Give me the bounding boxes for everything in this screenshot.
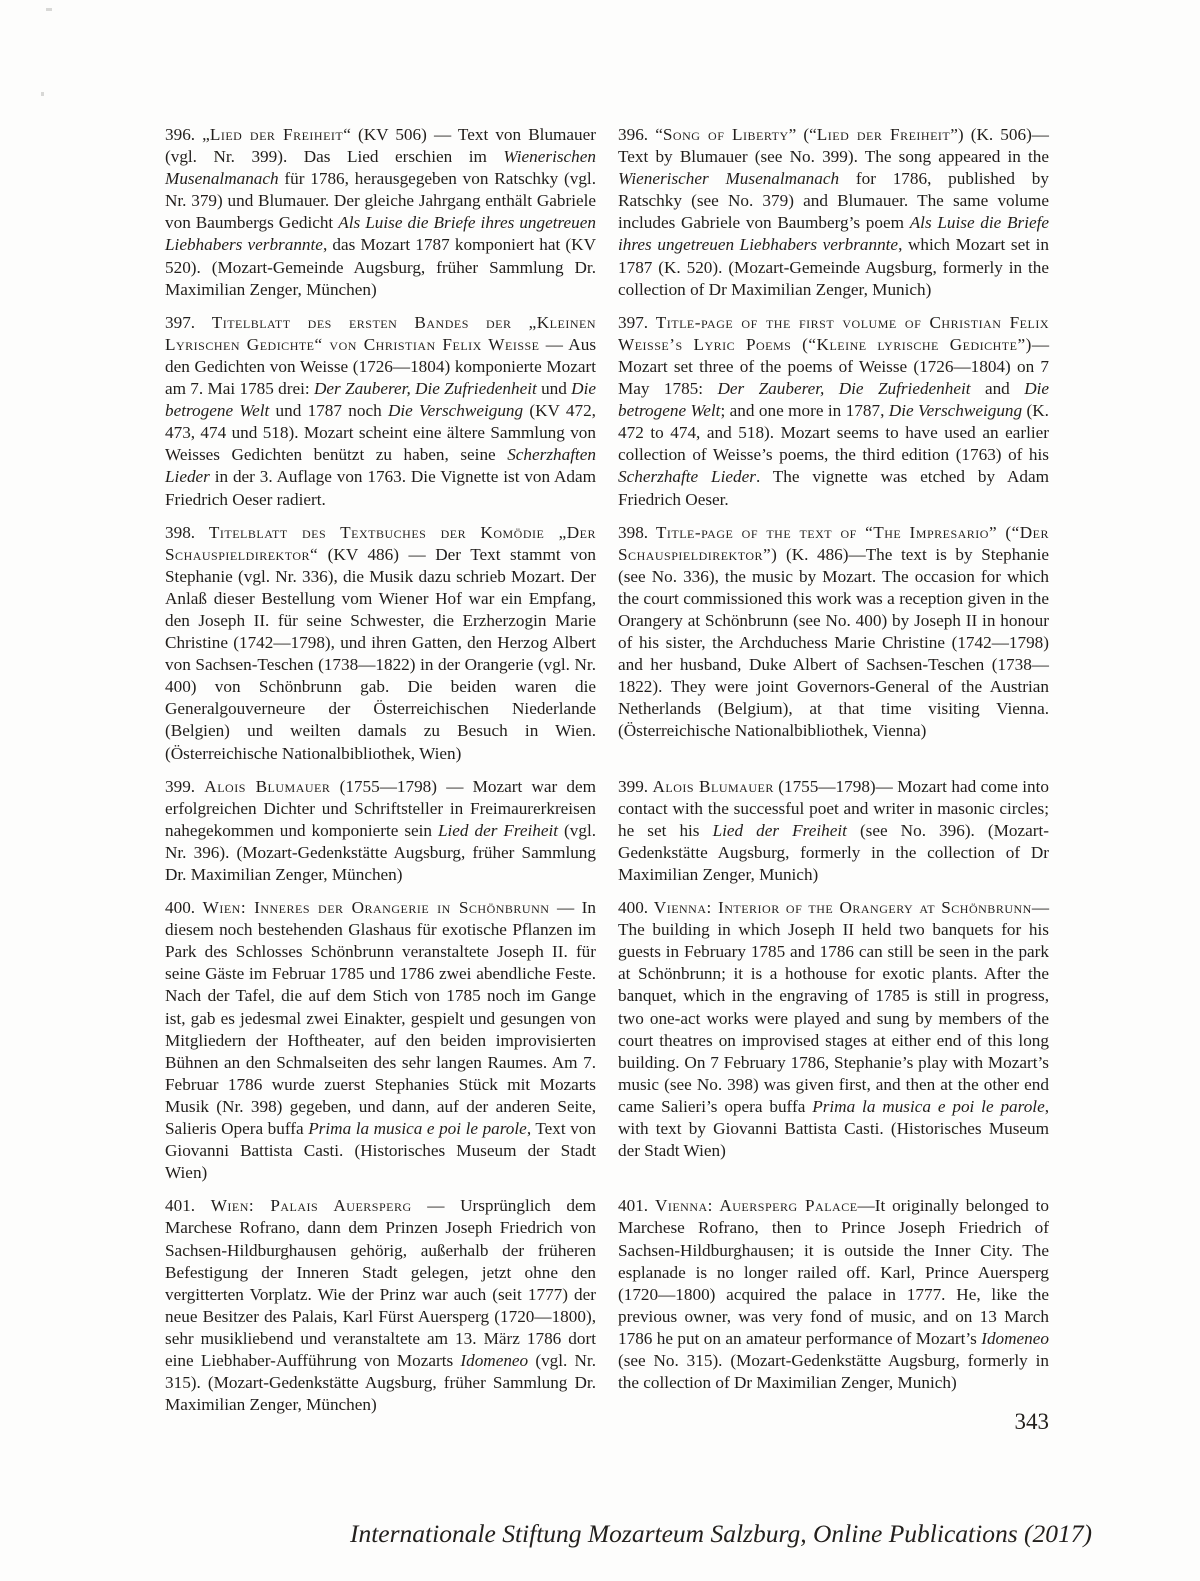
text-segment: Alois Blumauer <box>204 777 330 796</box>
page-number: 343 <box>165 1408 1049 1436</box>
scan-speck <box>41 92 44 96</box>
text-segment: Vienna: Interior of the Orangery at Schö… <box>654 898 1032 917</box>
scan-speck <box>46 8 52 11</box>
text-segment: Lied der Freiheit <box>438 821 558 840</box>
text-segment: (KV 486) — Der Text stammt von Stephanie… <box>165 545 596 763</box>
entry-399-de: 399. Alois Blumauer (1755—1798) — Mozart… <box>165 776 596 886</box>
text-segment: 398. <box>618 523 656 542</box>
text-segment: Die Verschweigung <box>388 401 523 420</box>
entry-397-de: 397. Titelblatt des ersten Bandes der „K… <box>165 312 596 511</box>
text-segment: Lied der Freiheit <box>713 821 847 840</box>
text-segment: und 1787 noch <box>269 401 388 420</box>
text-segment: — Ursprünglich dem Marchese Rofrano, dan… <box>165 1196 596 1370</box>
entry-396-en: 396. “Song of Liberty” (“Lied der Freihe… <box>618 124 1049 301</box>
text-segment: — In diesem noch bestehenden Glashaus fü… <box>165 898 596 1138</box>
text-segment: 397. <box>618 313 656 332</box>
scanned-book-page: { "page": { "number": "343", "footer": "… <box>0 0 1200 1581</box>
text-segment: Idomeneo <box>981 1329 1049 1348</box>
text-segment: 396. „ <box>165 125 210 144</box>
text-segment: Prima la musica e poi le parole <box>308 1119 527 1138</box>
text-segment: Der Zauberer, Die Zufriedenheit <box>717 379 970 398</box>
text-segment: Wien: Inneres der Orangerie in Schönbrun… <box>203 898 550 917</box>
entry-398: 398. Titelblatt des Textbuches der Komöd… <box>165 522 1049 765</box>
text-segment: und <box>537 379 571 398</box>
entry-397: 397. Titelblatt des ersten Bandes der „K… <box>165 312 1049 511</box>
entry-399: 399. Alois Blumauer (1755—1798) — Mozart… <box>165 776 1049 886</box>
text-segment: — The building in which Joseph II held t… <box>618 898 1049 1116</box>
text-segment: Scherzhafte Lieder <box>618 467 756 486</box>
entry-397-en: 397. Title-page of the first volume of C… <box>618 312 1049 511</box>
entry-401: 401. Wien: Palais Auersperg — Ursprüngli… <box>165 1195 1049 1416</box>
text-segment: Alois Blumauer <box>653 777 774 796</box>
text-segment: (see No. 315). (Mozart-Gedenkstätte Augs… <box>618 1351 1049 1392</box>
entry-398-de: 398. Titelblatt des Textbuches der Komöd… <box>165 522 596 765</box>
entry-400-en: 400. Vienna: Interior of the Orangery at… <box>618 897 1049 1184</box>
catalog-entries: 396. „Lied der Freiheit“ (KV 506) — Text… <box>165 124 1049 1427</box>
text-segment: in der 3. Auflage von 1763. Die Vignette… <box>165 467 596 508</box>
text-segment: Lied der Freiheit <box>817 125 950 144</box>
text-segment: Titelblatt des ersten Bandes der „Kleine… <box>165 313 596 354</box>
text-segment: 401. <box>618 1196 655 1215</box>
entry-400-de: 400. Wien: Inneres der Orangerie in Schö… <box>165 897 596 1184</box>
text-segment: 400. <box>618 898 654 917</box>
text-segment: Die Verschweigung <box>889 401 1022 420</box>
text-segment: Idomeneo <box>460 1351 528 1370</box>
text-segment: Wien: Palais Auersperg <box>211 1196 412 1215</box>
text-segment: 401. <box>165 1196 211 1215</box>
text-segment: Vienna: Auersperg Palace <box>655 1196 858 1215</box>
footer-publication-note: Internationale Stiftung Mozarteum Salzbu… <box>0 1518 1092 1550</box>
text-segment: Lied der Freiheit <box>210 125 343 144</box>
text-segment: Der Zauberer, Die Zufriedenheit <box>314 379 537 398</box>
text-segment: (K. 486)—The text is by Stephanie (see N… <box>618 545 1049 741</box>
text-segment: ” (“ <box>789 125 817 144</box>
text-segment: 400. <box>165 898 203 917</box>
entry-401-en: 401. Vienna: Auersperg Palace—It origina… <box>618 1195 1049 1416</box>
entry-400: 400. Wien: Inneres der Orangerie in Schö… <box>165 897 1049 1184</box>
text-segment: ; and one more in 1787, <box>720 401 888 420</box>
entry-396: 396. „Lied der Freiheit“ (KV 506) — Text… <box>165 124 1049 301</box>
entry-399-en: 399. Alois Blumauer (1755—1798)— Mozart … <box>618 776 1049 886</box>
text-segment: Prima la musica e poi le parole <box>812 1097 1045 1116</box>
text-segment: —It originally belonged to Marchese Rofr… <box>618 1196 1049 1348</box>
text-segment: 399. <box>165 777 204 796</box>
entry-396-de: 396. „Lied der Freiheit“ (KV 506) — Text… <box>165 124 596 301</box>
text-segment: 396. “ <box>618 125 663 144</box>
text-segment: 398. <box>165 523 209 542</box>
text-segment: Wienerischer Musenalmanach <box>618 169 839 188</box>
text-segment: 399. <box>618 777 653 796</box>
entry-398-en: 398. Title-page of the text of “The Impr… <box>618 522 1049 765</box>
entry-401-de: 401. Wien: Palais Auersperg — Ursprüngli… <box>165 1195 596 1416</box>
text-segment: Song of Liberty <box>663 125 789 144</box>
text-segment: 397. <box>165 313 212 332</box>
text-segment: Title-page of the first volume of Christ… <box>618 313 1049 354</box>
text-segment: and <box>971 379 1025 398</box>
